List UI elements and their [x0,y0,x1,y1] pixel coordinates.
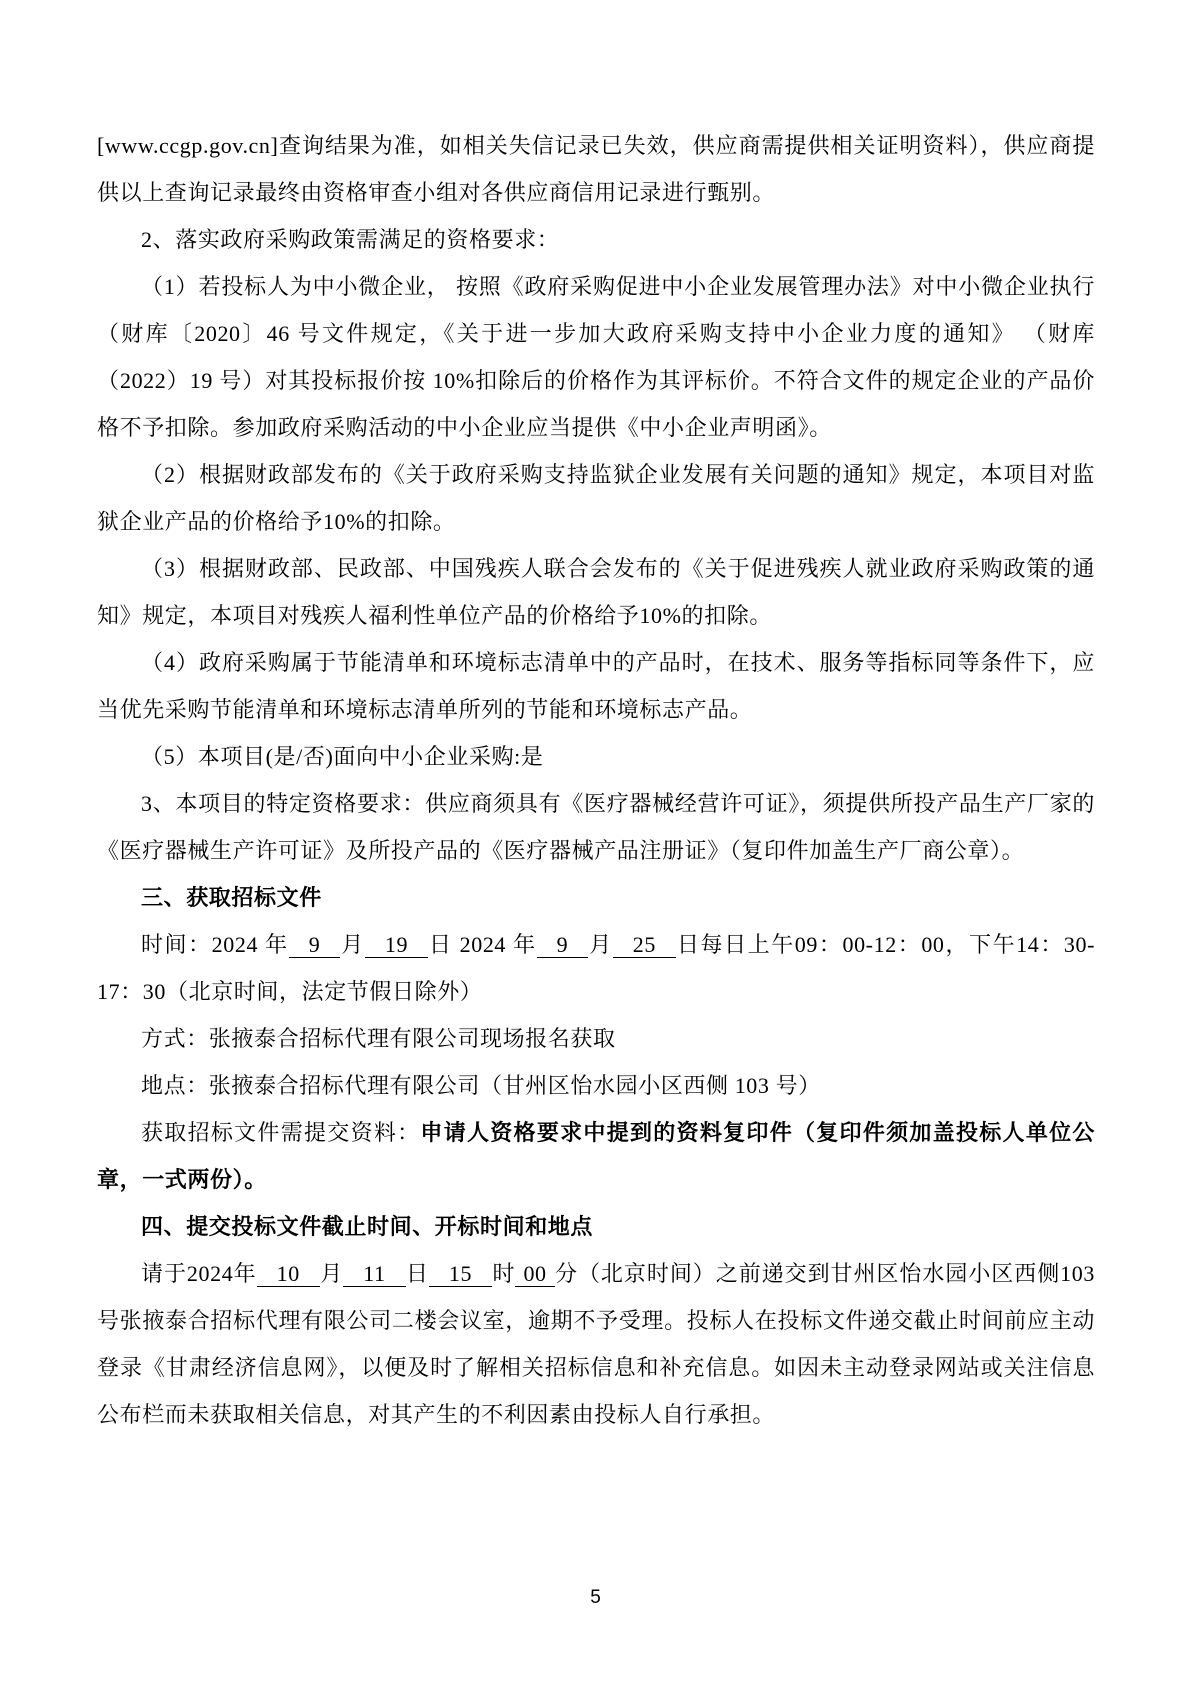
para-item4-energy-saving: （4）政府采购属于节能清单和环境标志清单中的产品时，在技术、服务等指标同等条件下… [97,639,1095,733]
text-segment: [www.ccgp.gov.cn]查询结果为准，如相关失信记录已失效，供应商需提… [97,133,1095,205]
text-segment: （1）若投标人为中小微企业， 按照《政府采购促进中小企业发展管理办法》对中小微企… [97,274,1095,440]
para-item5-sme-oriented: （5）本项目(是/否)面向中小企业采购:是 [97,733,1095,780]
text-segment: 月 [340,932,365,957]
heading-section3-obtain-bid-documents: 三、获取招标文件 [97,874,1095,921]
text-segment: 获取招标文件需提交资料： [141,1120,420,1145]
filled-blank-value: 15 [429,1261,492,1287]
para-item3-disabled-welfare: （3）根据财政部、民政部、中国残疾人联合会发布的《关于促进残疾人就业政府采购政策… [97,545,1095,639]
filled-blank-value: 10 [257,1261,320,1287]
page-number: 5 [590,1587,601,1608]
para-obtain-materials: 获取招标文件需提交资料：申请人资格要求中提到的资料复印件（复印件须加盖投标人单位… [97,1109,1095,1203]
text-segment: 时 [492,1261,515,1286]
filled-blank-value: 19 [365,932,428,958]
text-segment: （4）政府采购属于节能清单和环境标志清单中的产品时，在技术、服务等指标同等条件下… [97,650,1095,722]
text-segment: 请于2024年 [141,1261,257,1286]
para-policy-requirements-title: 2、落实政府采购政策需满足的资格要求： [97,216,1095,263]
para-obtain-location: 地点：张掖泰合招标代理有限公司（甘州区怡水园小区西侧 103 号） [97,1062,1095,1109]
text-segment: 月 [588,932,613,957]
text-segment: 时间：2024 年 [141,932,289,957]
document-body: [www.ccgp.gov.cn]查询结果为准，如相关失信记录已失效，供应商需提… [97,122,1095,1438]
filled-blank-value: 9 [537,932,589,958]
para-obtain-method: 方式：张掖泰合招标代理有限公司现场报名获取 [97,1015,1095,1062]
para-item1-sme-policy: （1）若投标人为中小微企业， 按照《政府采购促进中小企业发展管理办法》对中小微企… [97,263,1095,451]
para-credit-check-continued: [www.ccgp.gov.cn]查询结果为准，如相关失信记录已失效，供应商需提… [97,122,1095,216]
text-segment: 方式：张掖泰合招标代理有限公司现场报名获取 [141,1026,616,1051]
para-obtain-time: 时间：2024 年9月19日 2024 年9月25日每日上午09：00-12：0… [97,921,1095,1015]
text-segment: 月 [320,1261,343,1286]
text-segment: （3）根据财政部、民政部、中国残疾人联合会发布的《关于促进残疾人就业政府采购政策… [97,556,1095,628]
filled-blank-value: 00 [515,1261,554,1287]
text-segment: 三、获取招标文件 [141,885,322,910]
filled-blank-value: 25 [613,932,676,958]
text-segment: 四、提交投标文件截止时间、开标时间和地点 [141,1214,593,1239]
text-segment: 2、落实政府采购政策需满足的资格要求： [141,227,559,252]
heading-section4-submission-deadline: 四、提交投标文件截止时间、开标时间和地点 [97,1203,1095,1250]
text-segment: （2）根据财政部发布的《关于政府采购支持监狱企业发展有关问题的通知》规定，本项目… [97,462,1095,534]
text-segment: （5）本项目(是/否)面向中小企业采购:是 [141,744,543,769]
page-footer: 5 [0,1586,1191,1610]
filled-blank-value: 9 [289,932,341,958]
text-segment: 地点：张掖泰合招标代理有限公司（甘州区怡水园小区西侧 103 号） [141,1073,821,1098]
text-segment: 日 [406,1261,429,1286]
para-item2-prison-enterprise: （2）根据财政部发布的《关于政府采购支持监狱企业发展有关问题的通知》规定，本项目… [97,451,1095,545]
para-specific-qualification: 3、本项目的特定资格要求：供应商须具有《医疗器械经营许可证》，须提供所投产品生产… [97,780,1095,874]
document-page: [www.ccgp.gov.cn]查询结果为准，如相关失信记录已失效，供应商需提… [0,0,1191,1685]
text-segment: 3、本项目的特定资格要求：供应商须具有《医疗器械经营许可证》，须提供所投产品生产… [97,791,1095,863]
filled-blank-value: 11 [343,1261,405,1287]
text-segment: 日 2024 年 [428,932,537,957]
para-submission-deadline: 请于2024年10月11日15时00分（北京时间）之前递交到甘州区怡水园小区西侧… [97,1250,1095,1438]
